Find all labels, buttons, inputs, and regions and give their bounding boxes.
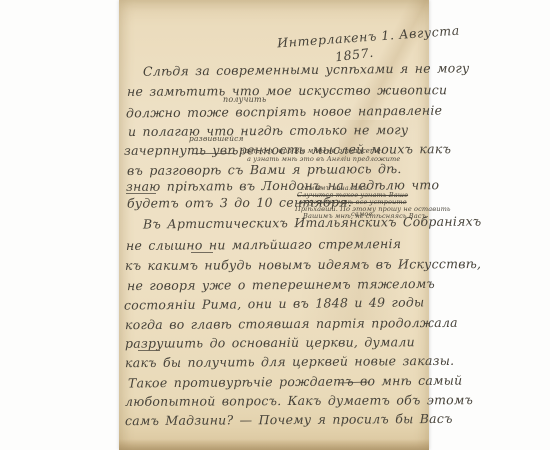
margin-note-line: самое [351, 210, 372, 218]
manuscript-line: состояніи Рима, они и въ 1848 и 49 годы [124, 294, 425, 312]
manuscript-line: не говоря уже о теперешнемъ тяжеломъ [127, 276, 435, 293]
manuscript-line: не замѣтить что мое искусство живописи [127, 82, 447, 99]
manuscript-line: самъ Мадзини? — Почему я просилъ бы Васъ [125, 411, 453, 428]
manuscript-line: Такое противурѣчіе рождаетъ во мнѣ самый [128, 373, 463, 391]
manuscript-line: должно тоже воспріять новое направленіе [126, 103, 442, 121]
interlinear-insertion: а узнать мнѣ это въ Англіи предложите [247, 155, 400, 163]
interlinear-insertion: развившейся [189, 134, 244, 143]
underline-mark [138, 350, 160, 351]
manuscript-page: Интерлакенъ 1. Августа 1857. Слѣдя за со… [119, 0, 429, 450]
manuscript-line: не слышно ни малѣйшаго стремленія [126, 236, 401, 253]
interlinear-insertion: получить [223, 95, 266, 104]
scan-background: Интерлакенъ 1. Августа 1857. Слѣдя за со… [0, 0, 550, 450]
manuscript-line: и полагаю что нигдѣ столько не могу [128, 122, 408, 139]
page-bottom-edge [119, 439, 429, 450]
underline-mark [126, 193, 156, 194]
manuscript-line: Слѣдя за современными успѣхами я не могу [143, 60, 470, 78]
underline-mark [193, 153, 235, 154]
manuscript-line: какъ бы получить для церквей новые заказ… [125, 353, 454, 370]
manuscript-line: въ разговорѣ съ Вами я рѣшаюсь дѣ. [127, 161, 402, 178]
manuscript-line: любопытной вопросъ. Какъ думаетъ объ это… [125, 392, 473, 409]
manuscript-line: къ какимъ нибудь новымъ идеямъ въ Искусс… [125, 256, 481, 273]
interlinear-insertion: надѣюсь что Вы мнѣ не откажете. [240, 147, 383, 155]
manuscript-line: когда во главѣ стоявшая партія продолжал… [125, 315, 458, 332]
manuscript-line: разрушить до основаній церкви, думали [125, 334, 415, 351]
underline-mark [191, 252, 213, 253]
